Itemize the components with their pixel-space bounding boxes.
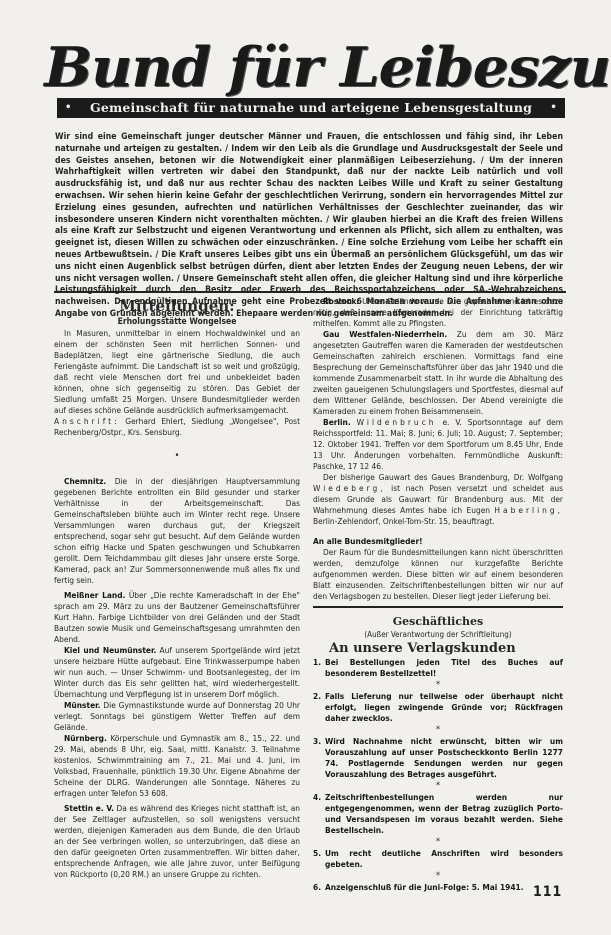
masthead-title: Bund für Leibeszucht <box>44 40 577 98</box>
notice-item: 5.Um recht deutliche Anschriften wird be… <box>313 848 563 870</box>
news-item-gauwart: Der bisherige Gauwart des Gaues Brandenb… <box>313 472 563 527</box>
news-item-rostock: Rostock. Unser Gelände wurde nun gepacht… <box>313 296 563 329</box>
news-item-berlin: Berlin. Wildenbruch e. V. Sportsonntage … <box>313 417 563 472</box>
left-column: Mitteilungen: Erholungsstätte Wongelsee … <box>54 296 300 880</box>
all-members-title: An alle Bundesmitglieder! <box>313 536 563 547</box>
news-item-kiel: Kiel und Neumünster. Auf unserem Sportge… <box>54 645 300 700</box>
news-item-westfalen: Gau Westfalen-Niederrhein. Zu dem am 30.… <box>313 329 563 417</box>
news-item-stettin: Stettin e. V. Da es während des Krieges … <box>54 803 300 880</box>
all-members-text: Der Raum für die Bundesmitteilungen kann… <box>313 547 563 602</box>
business-note: (Außer Verantwortung der Schriftleitung) <box>313 629 563 640</box>
separator-star-icon: • <box>54 450 300 462</box>
bullet-icon: • <box>550 98 557 118</box>
star-icon: * <box>313 871 563 881</box>
wongelsee-title: Erholungsstätte Wongelsee <box>54 316 300 328</box>
notice-item: 4.Zeitschriftenbestellungen werden nur e… <box>313 792 563 836</box>
page-number: 111 <box>533 884 562 900</box>
notice-item: 1.Bei Bestellungen jeden Titel des Buche… <box>313 657 563 679</box>
notice-item: 6.Anzeigenschluß für die Juni-Folge: 5. … <box>313 882 563 893</box>
divider <box>313 606 563 608</box>
news-item-chemnitz: Chemnitz. Die in der diesjährigen Hauptv… <box>54 476 300 586</box>
notice-item: 3.Wird Nachnahme nicht erwünscht, bitten… <box>313 736 563 780</box>
section-heading-mitteilungen: Mitteilungen: <box>54 296 300 316</box>
news-item-muenster: Münster. Die Gymnastikstunde wurde auf D… <box>54 700 300 733</box>
star-icon: * <box>313 725 563 735</box>
masthead: Bund für Leibeszucht • Gemeinschaft für … <box>57 40 565 118</box>
news-item-meissner-land: Meißner Land. Über „Die rechte Kameradsc… <box>54 590 300 645</box>
star-icon: * <box>313 781 563 791</box>
masthead-subtitle: Gemeinschaft für naturnahe und arteigene… <box>90 98 532 118</box>
right-column: Rostock. Unser Gelände wurde nun gepacht… <box>313 296 563 893</box>
divider <box>54 291 566 293</box>
notice-item: 2.Falls Lieferung nur teilweise oder übe… <box>313 691 563 724</box>
star-icon: * <box>313 680 563 690</box>
address-label: Anschrift: <box>54 416 120 426</box>
masthead-subtitle-bar: • Gemeinschaft für naturnahe und arteige… <box>57 98 565 118</box>
star-icon: * <box>313 837 563 847</box>
business-title: Geschäftliches <box>313 614 563 629</box>
news-item-nuernberg: Nürnberg. Körperschule und Gymnastik am … <box>54 733 300 799</box>
bullet-icon: • <box>65 98 72 118</box>
document-page: Bund für Leibeszucht • Gemeinschaft für … <box>0 0 611 935</box>
wongelsee-body: In Masuren, unmittelbar in einem Hochwal… <box>54 328 300 416</box>
wongelsee-address: Anschrift: Gerhard Ehlert, Siedlung „Won… <box>54 416 300 438</box>
business-subtitle: An unsere Verlagskunden <box>313 640 563 657</box>
